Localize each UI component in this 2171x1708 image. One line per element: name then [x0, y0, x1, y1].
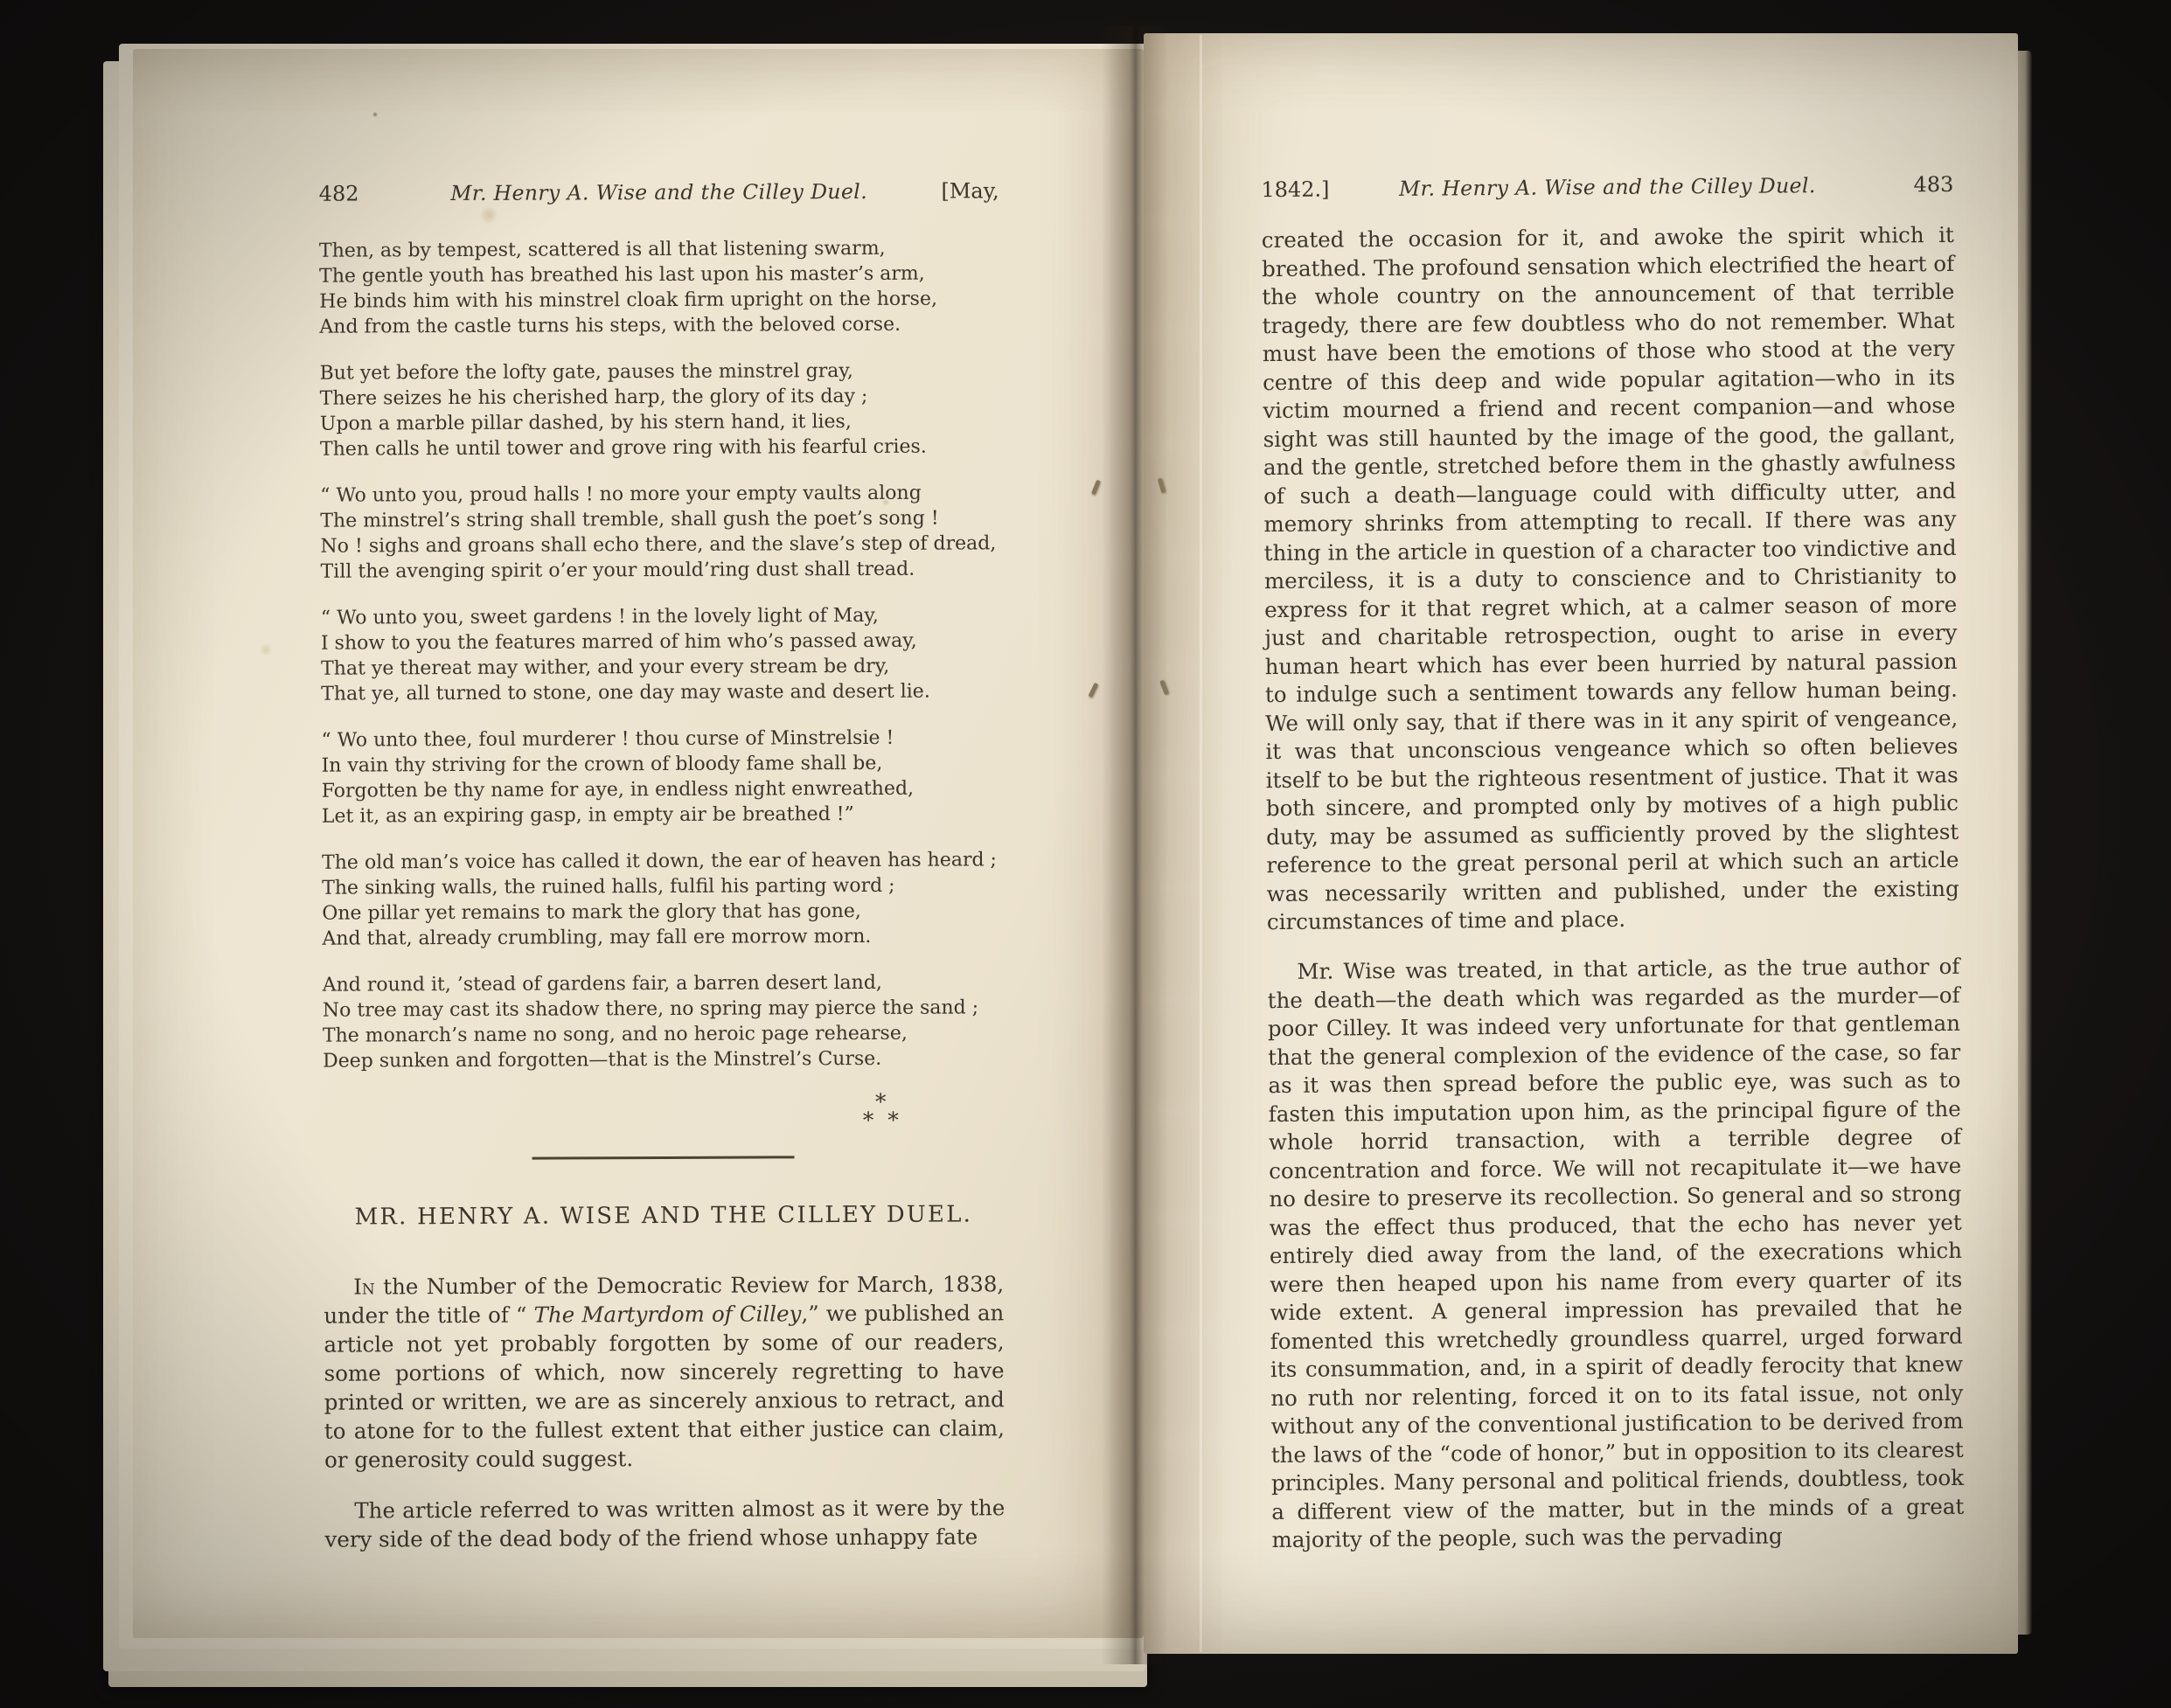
right-issue-label: 1842.]	[1261, 177, 1376, 202]
paragraph-text: The article referred to was written almo…	[324, 1493, 1005, 1553]
left-running-header: 482 Mr. Henry A. Wise and the Cilley Due…	[319, 178, 999, 205]
book-photo: 482 Mr. Henry A. Wise and the Cilley Due…	[0, 0, 2171, 1708]
drop-word: In	[353, 1274, 375, 1299]
section-divider-rule	[532, 1156, 795, 1159]
right-paragraph-2: Mr. Wise was treated, in that article, a…	[1267, 953, 1964, 1555]
right-paragraph-1: created the occasion for it, and awoke t…	[1262, 221, 1959, 937]
left-running-title: Mr. Henry A. Wise and the Cilley Duel.	[428, 179, 890, 205]
left-page: 482 Mr. Henry A. Wise and the Cilley Due…	[133, 49, 1144, 1638]
poem-stanza: “ Wo unto you, sweet gardens ! in the lo…	[321, 602, 1001, 706]
poem-stanza: Then, as by tempest, scattered is all th…	[319, 235, 999, 339]
left-paragraph-1: In the Number of the Democratic Review f…	[324, 1269, 1005, 1474]
article-title: MR. HENRY A. WISE AND THE CILLEY DUEL.	[324, 1201, 1004, 1230]
poem-stanza: The old man’s voice has called it down, …	[322, 847, 1002, 951]
right-running-title: Mr. Henry A. Wise and the Cilley Duel.	[1376, 173, 1839, 201]
poem-stanza: “ Wo unto thee, foul murderer ! thou cur…	[321, 725, 1001, 829]
left-issue-label: [May,	[890, 178, 999, 204]
right-page-fore-edge	[2016, 51, 2032, 1635]
left-page-number: 482	[319, 181, 428, 206]
right-running-header: 1842.] Mr. Henry A. Wise and the Cilley …	[1261, 172, 1953, 202]
poem-stanza: And round it, ’stead of gardens fair, a …	[323, 969, 1003, 1073]
poem-stanza: But yet before the lofty gate, pauses th…	[320, 358, 1000, 462]
cited-title: The Martyrdom of Cilley	[534, 1301, 802, 1327]
left-paragraph-2: The article referred to was written almo…	[324, 1493, 1005, 1553]
asterism-mark: * * *	[854, 1093, 910, 1129]
right-page-content: 1842.] Mr. Henry A. Wise and the Cilley …	[1260, 31, 1965, 1576]
right-page: 1842.] Mr. Henry A. Wise and the Cilley …	[1144, 33, 2018, 1654]
paragraph-text: In the Number of the Democratic Review f…	[324, 1269, 1005, 1474]
paragraph-text: Mr. Wise was treated, in that article, a…	[1267, 953, 1964, 1555]
minstrels-curse-poem: Then, as by tempest, scattered is all th…	[319, 235, 1003, 1073]
left-page-content: 482 Mr. Henry A. Wise and the Cilley Due…	[318, 47, 1005, 1574]
right-page-number: 483	[1839, 172, 1954, 198]
poem-stanza: “ Wo unto you, proud halls ! no more you…	[320, 480, 1000, 584]
